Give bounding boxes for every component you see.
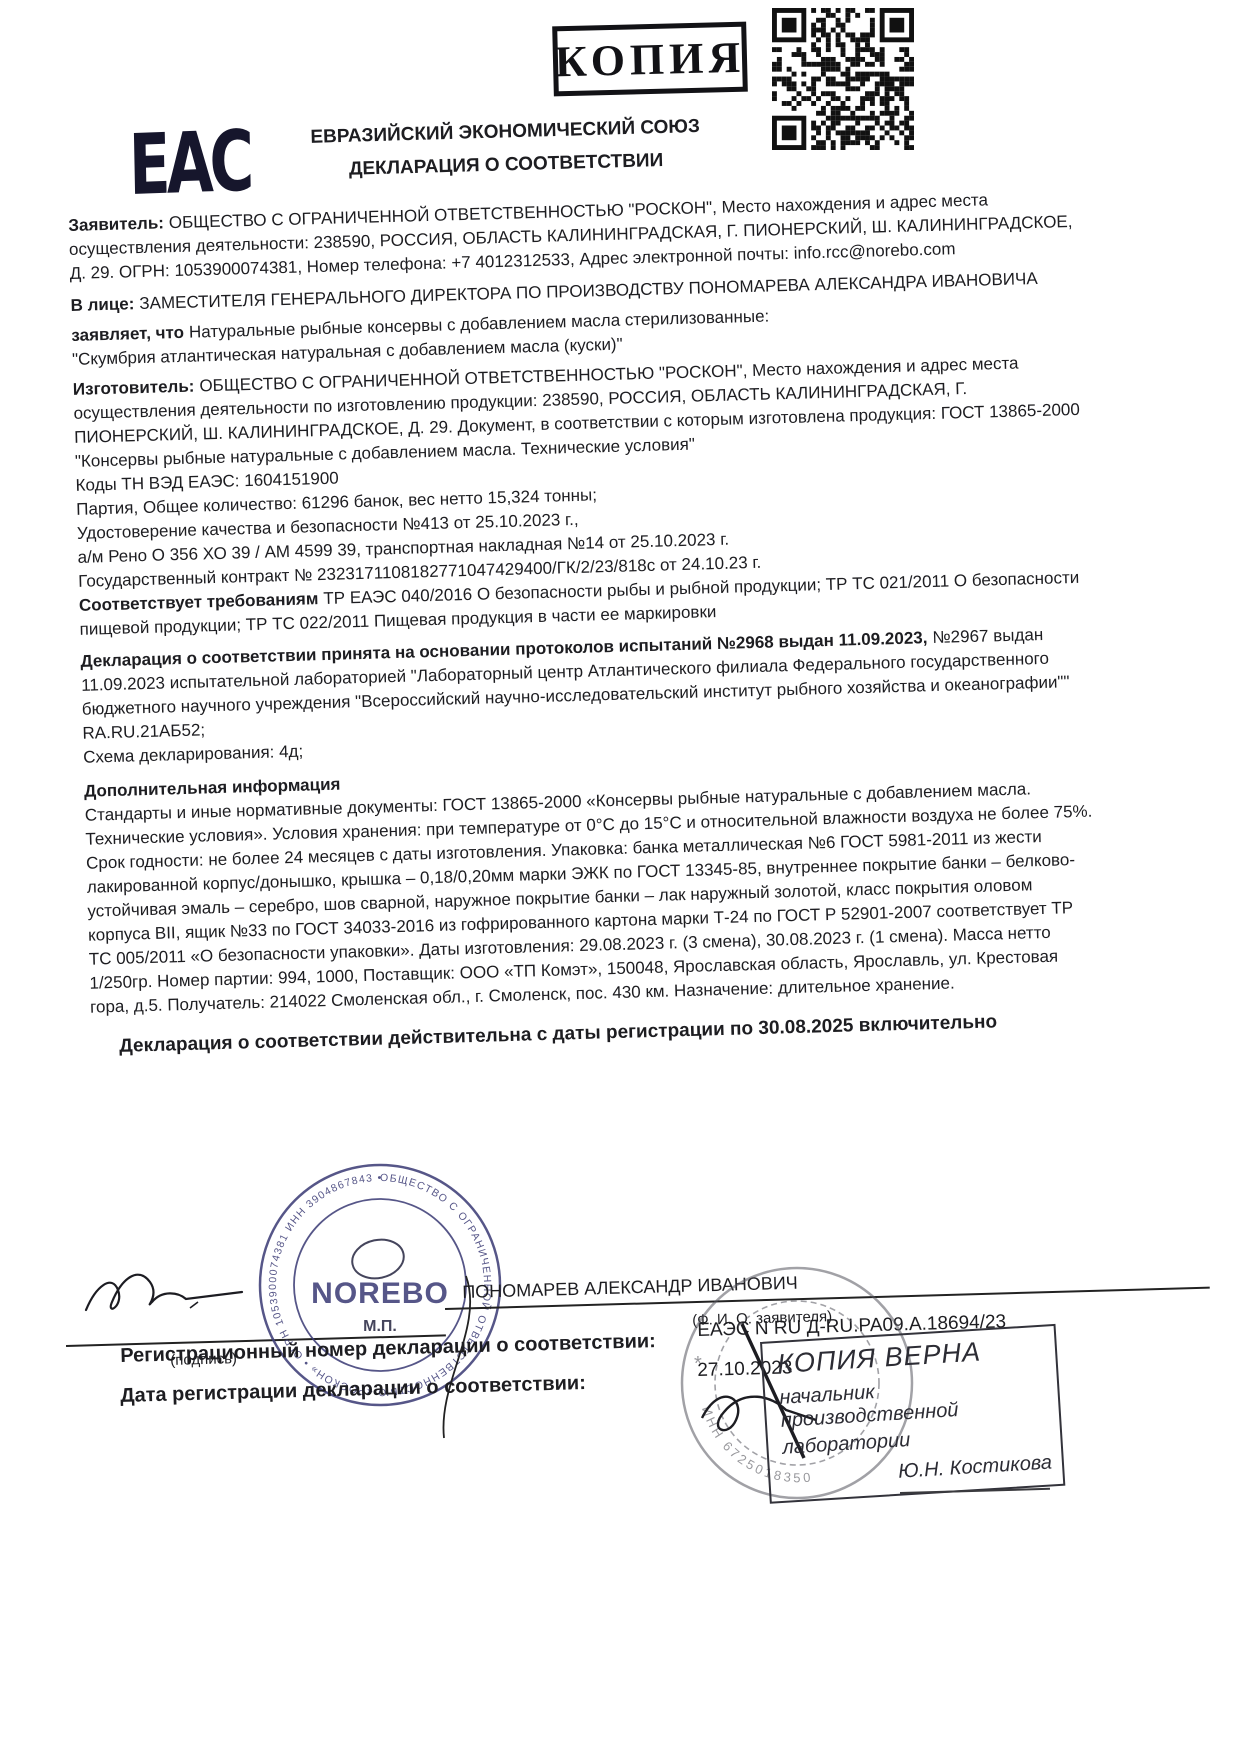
- document-body: Заявитель:ОБЩЕСТВО С ОГРАНИЧЕННОЙ ОТВЕТС…: [68, 186, 1099, 1060]
- copy-stamp: КОПИЯ: [552, 22, 748, 97]
- in-person-label: В лице:: [70, 294, 134, 315]
- faded-stamp-star: *: [694, 1353, 702, 1375]
- compliance-label: Соответствует требованиям: [79, 589, 319, 615]
- scanned-declaration-page: КОПИЯ ЕАС ЕВРАЗИЙСКИЙ ЭКОНОМИЧЕСКИЙ СОЮЗ…: [0, 0, 1240, 1754]
- additional-info-text: Стандарты и иные нормативные документы: …: [84, 776, 1098, 1020]
- declares-label: заявляет, что: [71, 323, 184, 345]
- copy-stamp-text: КОПИЯ: [554, 31, 745, 87]
- copy-verna-stamp: КОПИЯ ВЕРНА начальник производственной л…: [760, 1324, 1065, 1504]
- manufacturer-label: Изготовитель:: [73, 377, 195, 399]
- copy-verna-signer: Ю.Н. Костикова: [784, 1451, 1053, 1490]
- norebo-mp-text: М.П.: [363, 1318, 397, 1335]
- applicant-label: Заявитель:: [68, 213, 164, 235]
- applicant-signature: [78, 1252, 258, 1332]
